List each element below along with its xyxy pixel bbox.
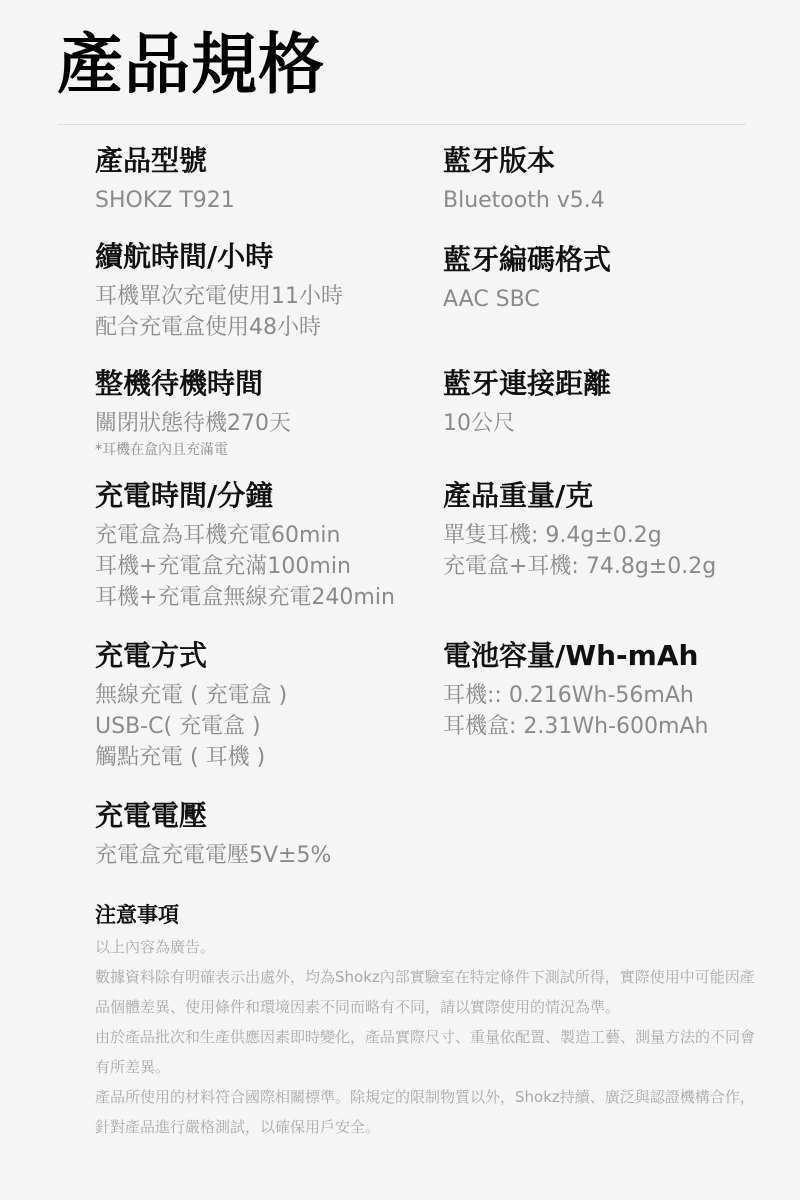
spec-label: 充電時間/分鐘: [95, 476, 395, 516]
spec-value: AAC SBC: [443, 284, 611, 315]
spec-label: 藍牙連接距離: [443, 364, 611, 404]
page-title: 產品規格: [57, 32, 325, 98]
spec-weight: 產品重量/克 單隻耳機: 9.4g±0.2g 充電盒+耳機: 74.8g±0.2…: [443, 476, 716, 582]
spec-label: 產品型號: [95, 141, 235, 181]
spec-value: 10公尺: [443, 408, 611, 439]
spec-value: 耳機:: 0.216Wh-56mAh: [443, 680, 708, 711]
spec-voltage: 充電電壓 充電盒充電電壓5V±5%: [95, 796, 331, 871]
spec-label: 藍牙編碼格式: [443, 240, 611, 280]
notes-paragraph: 產品所使用的材料符合國際相關標準。除規定的限制物質以外，Shokz持續、廣泛與認…: [95, 1082, 755, 1142]
spec-value: 耳機+充電盒無線充電240min: [95, 582, 395, 613]
spec-footnote: *耳機在盒內且充滿電: [95, 439, 291, 461]
spec-value: 充電盒為耳機充電60min: [95, 520, 395, 551]
spec-standby: 整機待機時間 關閉狀態待機270天 *耳機在盒內且充滿電: [95, 364, 291, 461]
notes-paragraph: 以上內容為廣告。: [95, 932, 755, 962]
spec-value: 耳機盒: 2.31Wh-600mAh: [443, 711, 708, 742]
spec-value: Bluetooth v5.4: [443, 185, 605, 216]
spec-value: USB-C( 充電盒 ): [95, 711, 287, 742]
spec-charging-method: 充電方式 無線充電 ( 充電盒 ) USB-C( 充電盒 ) 觸點充電 ( 耳機…: [95, 636, 287, 773]
spec-value: 耳機單次充電使用11小時: [95, 281, 343, 312]
spec-charge-time: 充電時間/分鐘 充電盒為耳機充電60min 耳機+充電盒充滿100min 耳機+…: [95, 476, 395, 613]
spec-range: 藍牙連接距離 10公尺: [443, 364, 611, 439]
spec-value: 觸點充電 ( 耳機 ): [95, 742, 287, 773]
notes-title: 注意事項: [95, 898, 755, 932]
spec-value: 充電盒+耳機: 74.8g±0.2g: [443, 551, 716, 582]
spec-label: 產品重量/克: [443, 476, 716, 516]
spec-value: 耳機+充電盒充滿100min: [95, 551, 395, 582]
spec-label: 充電電壓: [95, 796, 331, 836]
spec-label: 電池容量/Wh-mAh: [443, 636, 708, 676]
spec-model: 產品型號 SHOKZ T921: [95, 141, 235, 216]
spec-codec: 藍牙編碼格式 AAC SBC: [443, 240, 611, 315]
notes-paragraph: 數據資料除有明確表示出處外，均為Shokz內部實驗室在特定條件下測試所得，實際使…: [95, 962, 755, 1022]
spec-value: 充電盒充電電壓5V±5%: [95, 840, 331, 871]
spec-value: 無線充電 ( 充電盒 ): [95, 680, 287, 711]
spec-label: 整機待機時間: [95, 364, 291, 404]
notes-section: 注意事項 以上內容為廣告。 數據資料除有明確表示出處外，均為Shokz內部實驗室…: [95, 898, 755, 1142]
spec-label: 續航時間/小時: [95, 237, 343, 277]
notes-paragraph: 由於產品批次和生產供應因素即時變化，產品實際尺寸、重量依配置、製造工藝、測量方法…: [95, 1022, 755, 1082]
spec-value: 單隻耳機: 9.4g±0.2g: [443, 520, 716, 551]
spec-label: 藍牙版本: [443, 141, 605, 181]
spec-value: 關閉狀態待機270天: [95, 408, 291, 439]
spec-bluetooth-version: 藍牙版本 Bluetooth v5.4: [443, 141, 605, 216]
spec-battery-capacity: 電池容量/Wh-mAh 耳機:: 0.216Wh-56mAh 耳機盒: 2.31…: [443, 636, 708, 742]
spec-label: 充電方式: [95, 636, 287, 676]
spec-value: 配合充電盒使用48小時: [95, 312, 343, 343]
spec-value: SHOKZ T921: [95, 185, 235, 216]
title-divider: [58, 124, 746, 125]
spec-battery-life: 續航時間/小時 耳機單次充電使用11小時 配合充電盒使用48小時: [95, 237, 343, 343]
